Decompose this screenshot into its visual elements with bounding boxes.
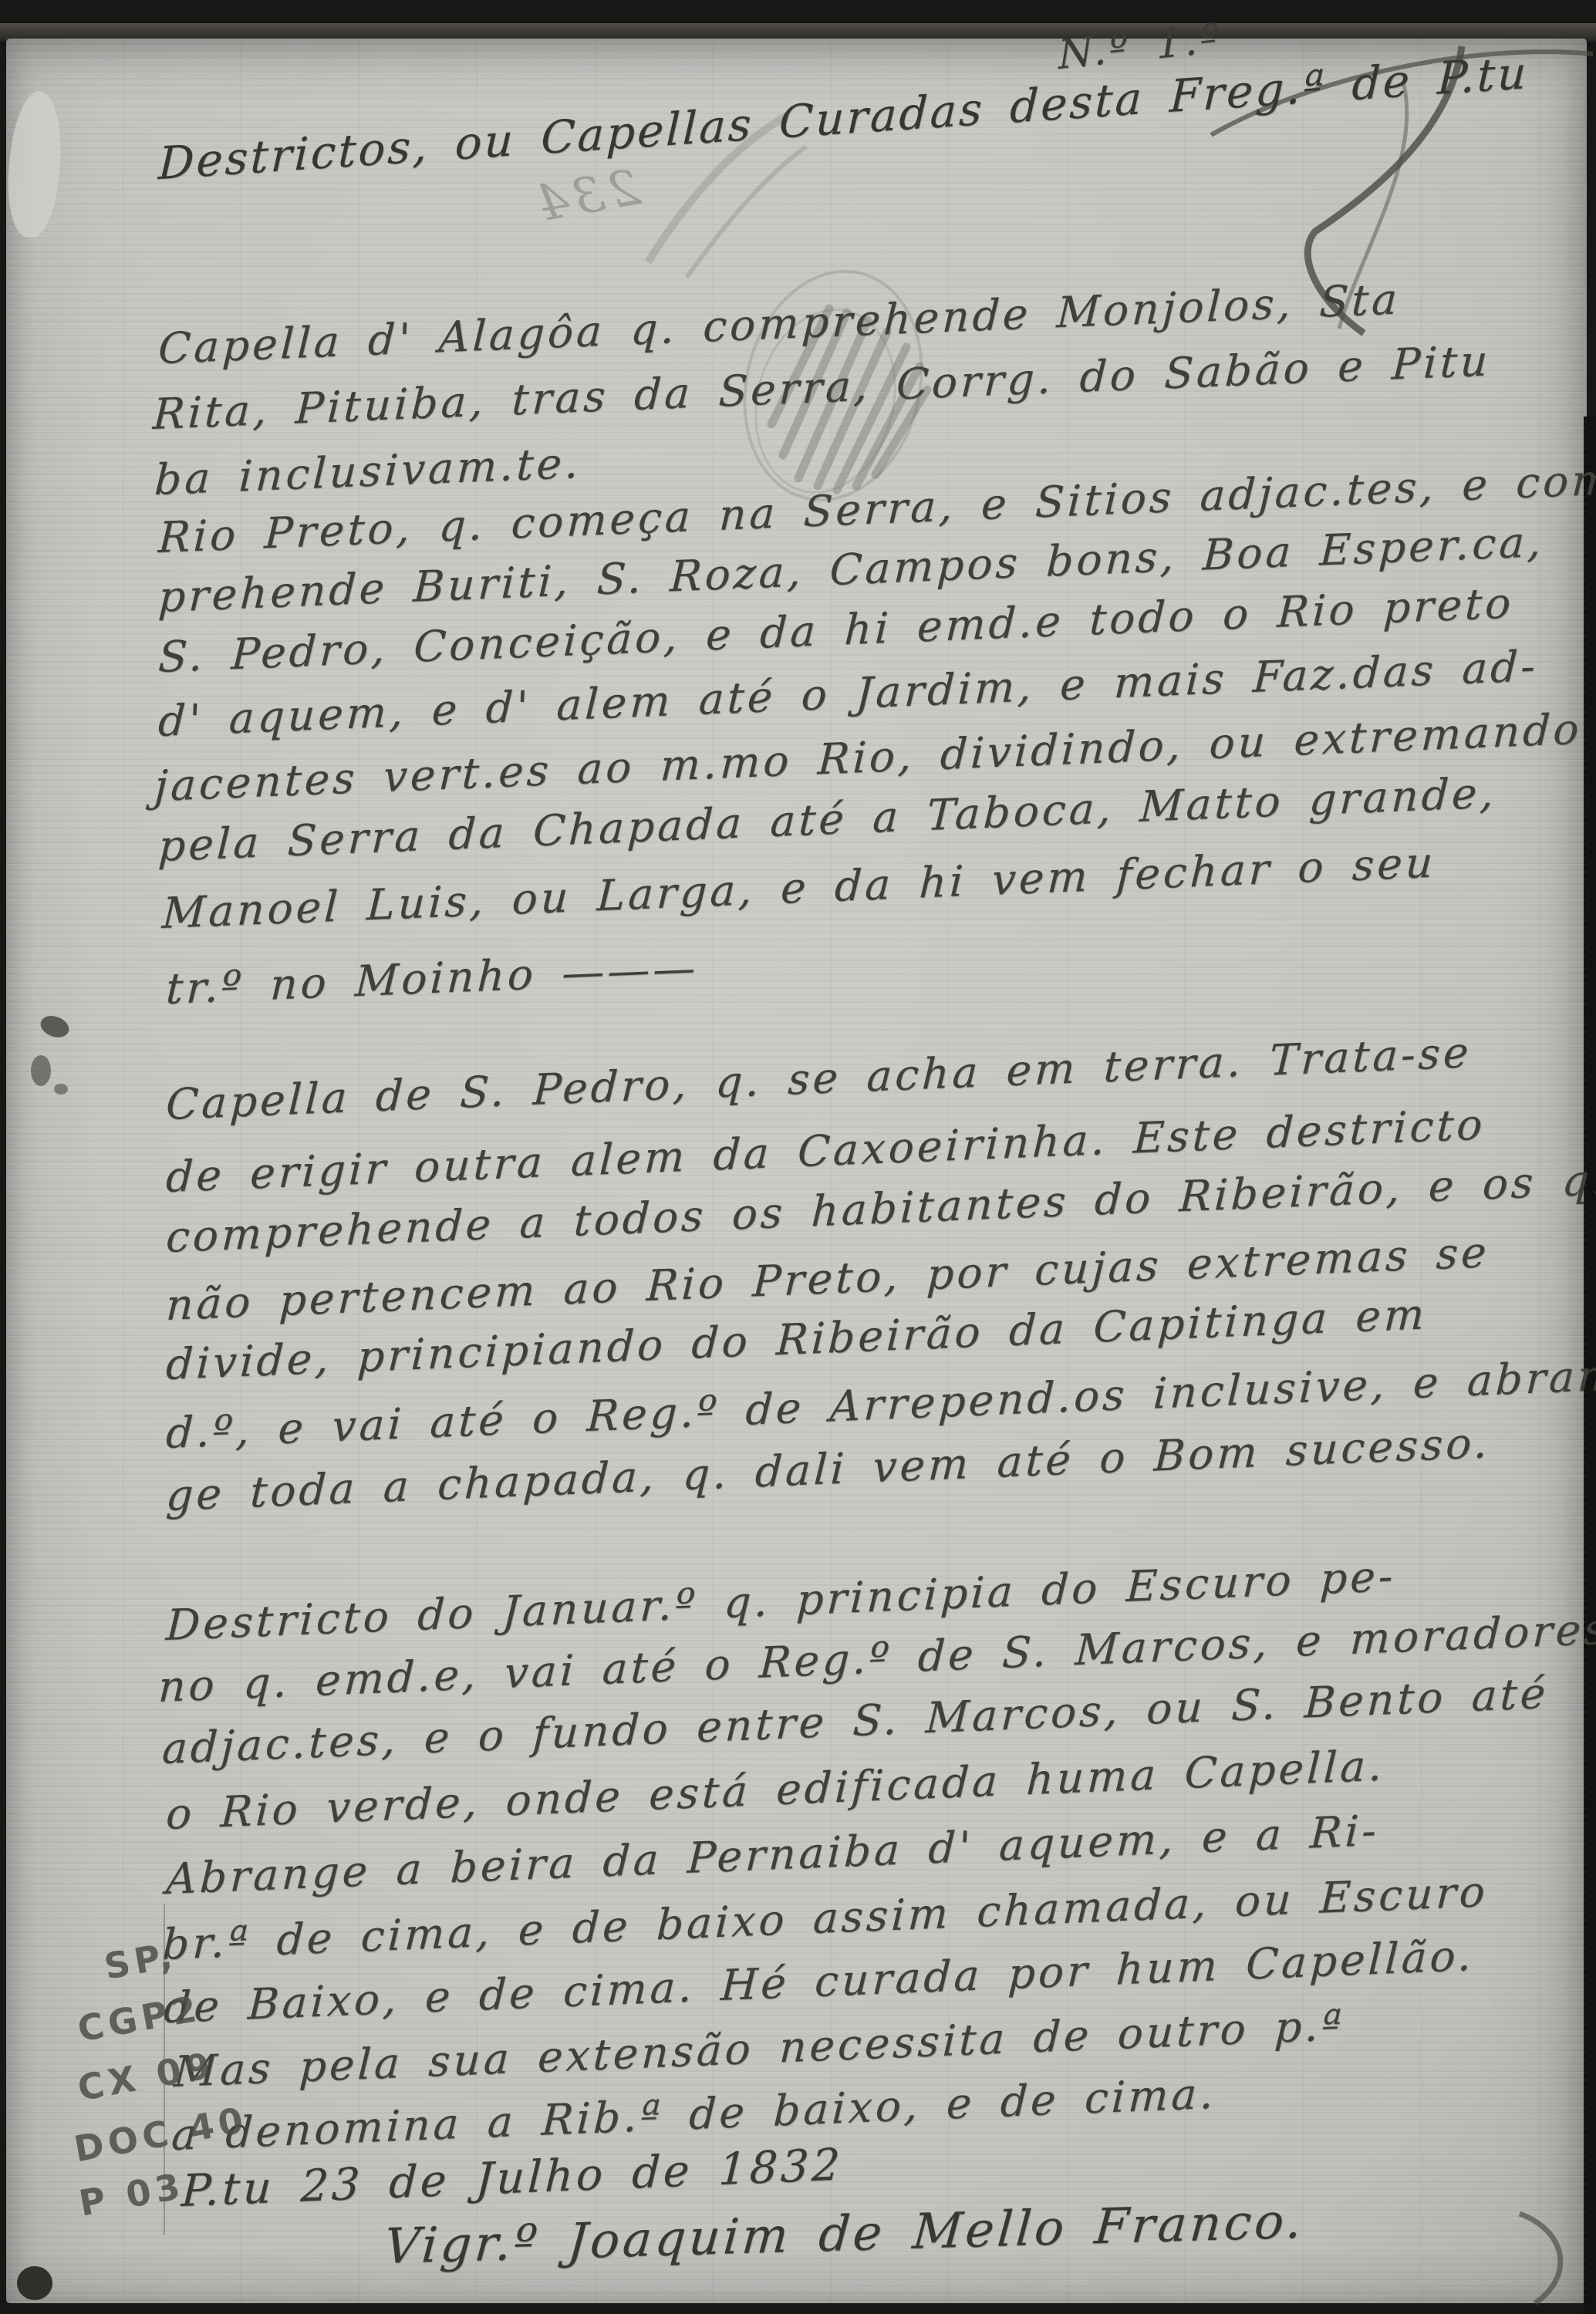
ink-blot	[31, 1055, 51, 1086]
scanned-manuscript-page: 234 N.º 1.º Destrictos, ou Capellas Cura…	[0, 0, 1596, 2314]
ink-blot	[54, 1084, 68, 1095]
ink-flourish-bottom	[1504, 2198, 1596, 2306]
ink-blot	[17, 2266, 52, 2300]
fold-line	[164, 1904, 165, 2235]
